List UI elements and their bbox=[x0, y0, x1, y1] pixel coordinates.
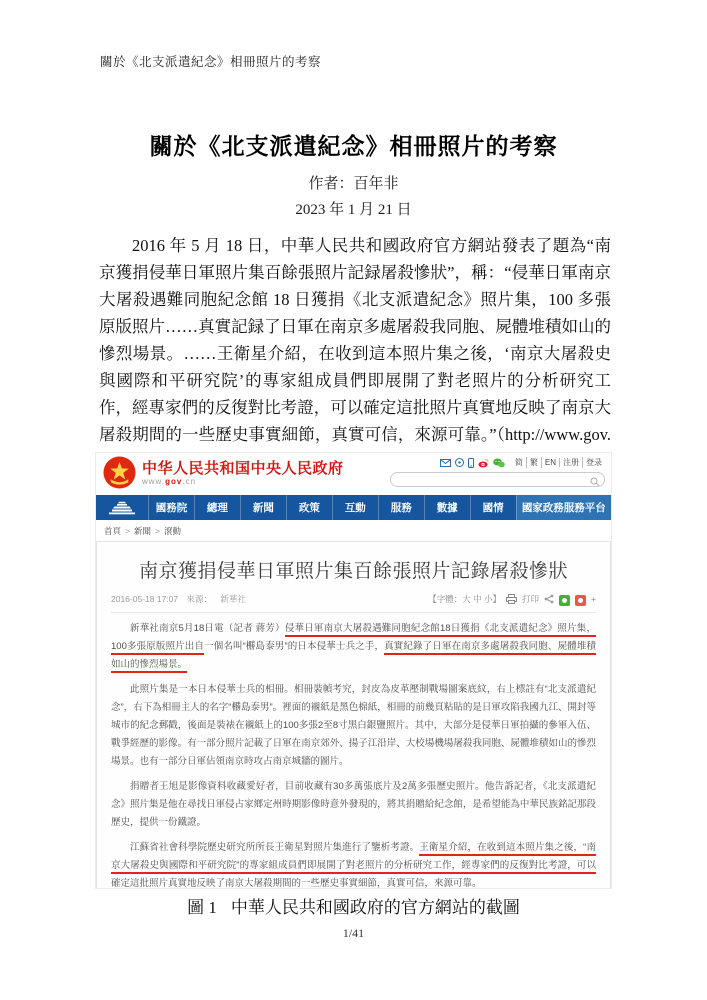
login-link: 登录 bbox=[583, 457, 605, 468]
nav-item-national: 國情 bbox=[470, 495, 516, 520]
nav-item-services: 服務 bbox=[378, 495, 424, 520]
breadcrumb-home: 首頁 bbox=[104, 525, 121, 537]
nav-item-state-council: 國務院 bbox=[148, 495, 194, 520]
print-icon bbox=[506, 594, 517, 604]
figure-gov-screenshot: 中华人民共和国中央人民政府 www.gov.cn 简 繁 EN 注册 bbox=[95, 452, 612, 889]
figure-caption-text: 中華人民共和國政府的官方網站的截圖 bbox=[231, 898, 520, 917]
nav-item-policy: 政策 bbox=[286, 495, 332, 520]
body-main-text: 2016 年 5 月 18 日，中華人民共和國政府官方網站發表了題為“南京獲捐侵… bbox=[99, 236, 611, 444]
font-size-widget: 【字體：大 中 小】 bbox=[428, 593, 501, 605]
mail-icon bbox=[440, 459, 451, 467]
contact-icon bbox=[455, 458, 464, 467]
nav-item-premier: 總理 bbox=[194, 495, 240, 520]
lang-link-simplified: 简 bbox=[512, 457, 527, 468]
register-link: 注册 bbox=[560, 457, 583, 468]
site-name: 中华人民共和国中央人民政府 bbox=[142, 460, 344, 477]
breadcrumb: 首頁 > 新聞 > 滾動 bbox=[96, 520, 611, 540]
print-label: 打印 bbox=[522, 593, 539, 605]
national-emblem-icon bbox=[103, 456, 136, 489]
share-wechat-icon bbox=[559, 595, 570, 606]
lang-switcher: 简 繁 EN 注册 登录 bbox=[512, 457, 605, 468]
home-icon bbox=[96, 495, 148, 520]
share-more-button: + bbox=[591, 594, 596, 604]
nav-item-interaction: 互動 bbox=[332, 495, 378, 520]
date-line: 2023 年 1 月 21 日 bbox=[0, 198, 707, 219]
share-icon bbox=[544, 594, 554, 604]
article-meta: 2016-05-18 17:07 來源： 新華社 【字體：大 中 小】 打印 + bbox=[111, 593, 596, 605]
body-paragraph: 2016 年 5 月 18 日，中華人民共和國政府官方網站發表了題為“南京獲捐侵… bbox=[99, 232, 611, 475]
author-line: 作者：百年非 bbox=[0, 172, 707, 193]
paren-open: （ bbox=[497, 425, 505, 444]
site-navbar: 國務院 總理 新聞 政策 互動 服務 數據 國情 國家政務服務平台 bbox=[96, 495, 611, 520]
article-box: 南京獲捐侵華日軍照片集百餘張照片記錄屠殺慘狀 2016-05-18 17:07 … bbox=[96, 541, 611, 889]
search-box bbox=[390, 472, 605, 487]
divider bbox=[111, 612, 596, 613]
document-title: 關於《北支派遣紀念》相冊照片的考察 bbox=[0, 128, 707, 161]
running-header: 關於《北支派遣紀念》相冊照片的考察 bbox=[100, 52, 321, 70]
breadcrumb-rolling: 滾動 bbox=[164, 525, 181, 537]
nav-item-news: 新聞 bbox=[240, 495, 286, 520]
site-url: www.gov.cn bbox=[142, 477, 344, 486]
document-page: 關於《北支派遣紀念》相冊照片的考察 關於《北支派遣紀念》相冊照片的考察 作者：百… bbox=[0, 0, 707, 1000]
wechat-icon bbox=[493, 458, 505, 468]
article-paragraph-4: 江蘇省社會科學院歷史研究所所長王衛星對照片集進行了鑒析考證。王衛星介紹，在收到這… bbox=[111, 839, 596, 889]
govsite-toolbar: 简 繁 EN 注册 登录 bbox=[390, 457, 605, 468]
nav-item-data: 數據 bbox=[424, 495, 470, 520]
mobile-icon bbox=[468, 458, 474, 468]
breadcrumb-news: 新聞 bbox=[134, 525, 151, 537]
page-number: 1/41 bbox=[0, 926, 707, 941]
figure-caption: 圖 1中華人民共和國政府的官方網站的截圖 bbox=[0, 893, 707, 918]
govsite-header: 中华人民共和国中央人民政府 www.gov.cn 简 繁 EN 注册 bbox=[96, 453, 611, 495]
govsite-logo: 中华人民共和国中央人民政府 www.gov.cn bbox=[103, 456, 344, 489]
article-source-label: 來源： bbox=[187, 594, 213, 604]
article-paragraph-3: 捐贈者王旭是影像資料收藏愛好者，目前收藏有30多萬張底片及2萬多張歷史照片。他告… bbox=[111, 778, 596, 832]
nav-item-service-platform: 國家政務服務平台 bbox=[516, 495, 611, 520]
article-title: 南京獲捐侵華日軍照片集百餘張照片記錄屠殺慘狀 bbox=[111, 556, 596, 583]
figure-caption-label: 圖 1 bbox=[187, 898, 217, 917]
article-paragraph-1: 新華社南京5月18日電（記者 蔣芳）侵華日軍南京大屠殺遇難同胞紀念館18日獲捐《… bbox=[111, 620, 596, 674]
search-icon bbox=[590, 474, 600, 492]
article-source: 新華社 bbox=[220, 594, 246, 604]
lang-link-en: EN bbox=[542, 458, 560, 467]
lang-link-traditional: 繁 bbox=[527, 457, 542, 468]
article-date: 2016-05-18 17:07 bbox=[111, 594, 178, 604]
article-paragraph-2: 此照片集是一本日本侵華士兵的相冊。相冊裝幀考究，封皮為皮革壓制戰場圖案底紋，右上… bbox=[111, 681, 596, 771]
weibo-icon bbox=[478, 458, 489, 468]
share-weibo-icon bbox=[575, 595, 586, 606]
